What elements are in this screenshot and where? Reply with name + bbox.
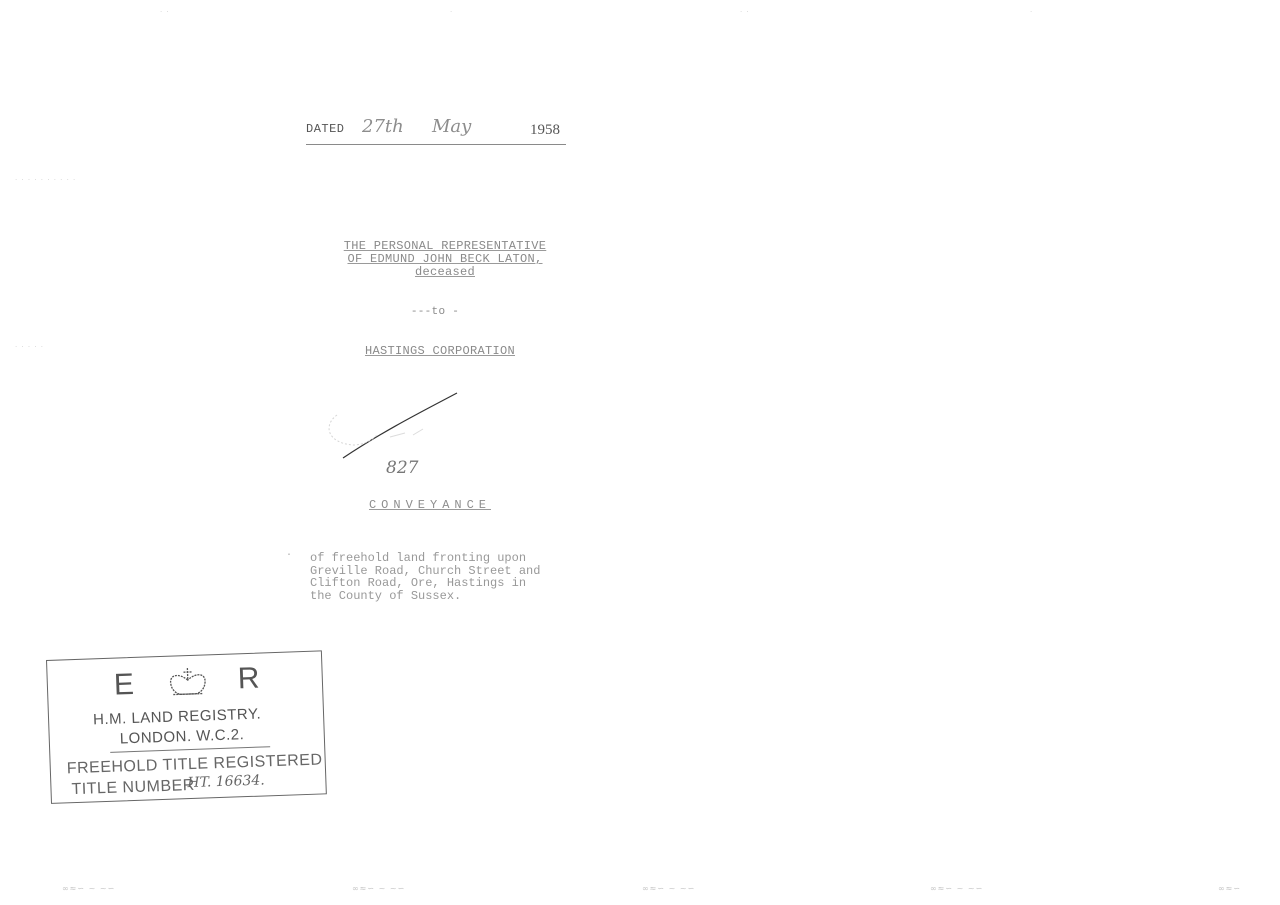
scan-artifact: · [1030,8,1033,16]
scan-artifact: · · · · · [15,343,44,351]
grantor-party: THE PERSONAL REPRESENTATIVE OF EDMUND JO… [320,240,570,279]
dated-month-handwritten: May [432,116,471,137]
grantor-line-3: deceased [320,266,570,279]
description-line: the County of Sussex. [310,590,570,603]
stray-dot: . [286,548,292,559]
scan-artifact: · · [160,8,170,16]
grantee-party: HASTINGS CORPORATION [340,345,540,358]
footer-ornament-icon: ∞≈∽ ~ ~∽ [930,884,983,893]
footer-ornament-icon: ∞≈∽ ~ ~∽ [352,884,405,893]
scan-artifact: · · · · · · · · · · [15,176,76,184]
to-separator: ---to - [380,306,490,319]
handwritten-reference-number: 827 [386,458,418,478]
dated-line: DATED 27th May 1958 [306,118,566,145]
crown-icon [164,665,211,701]
dated-label: DATED [306,122,345,136]
property-description: of freehold land fronting upon Greville … [310,552,570,602]
footer-ornament-icon: ∞≈∽ ~ ~∽ [642,884,695,893]
scan-artifact: · · [740,8,750,16]
stamp-title-number-value: HT. 16634. [187,772,265,791]
description-line: Clifton Road, Ore, Hastings in [310,577,570,590]
stamp-registry-address: LONDON. W.C.2. [120,726,245,747]
document-title: CONVEYANCE [340,498,520,512]
land-registry-stamp: E R H.M. LAND REGISTRY. LONDON. W.C.2. F… [46,650,327,804]
stamp-cipher-r: R [237,662,260,697]
footer-ornament-icon: ∞≈∽ ~ ~∽ [62,884,115,893]
dated-day-handwritten: 27th [362,116,404,137]
signature-mark-icon [315,385,475,465]
stamp-cipher-e: E [113,668,134,703]
stamp-registry-name: H.M. LAND REGISTRY. [93,706,262,729]
footer-ornament-icon: ∞≈∽ [1218,884,1241,893]
stamp-title-number-label: TITLE NUMBER [71,777,195,799]
description-line: of freehold land fronting upon [310,552,570,565]
dated-year: 1958 [530,122,560,139]
stamp-divider [110,746,270,753]
scan-artifact: · [450,8,453,16]
